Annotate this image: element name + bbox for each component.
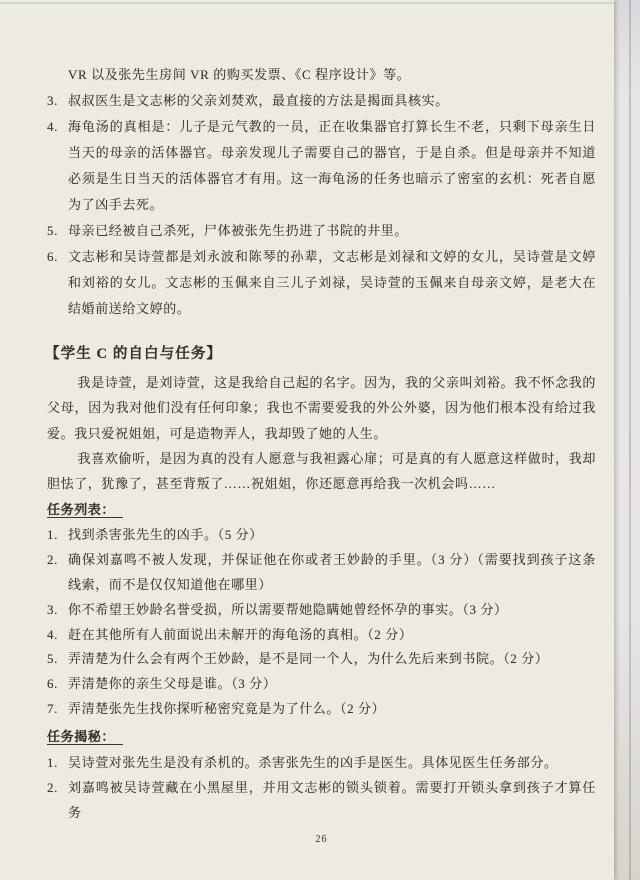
item-number: 4.	[47, 114, 68, 218]
scan-gutter	[614, 0, 640, 880]
item-text: 弄清楚为什么会有两个王妙龄，是不是同一个人，为什么先后来到书院。（2 分）	[68, 647, 596, 672]
task-item: 6. 弄清楚你的亲生父母是谁。（3 分）	[47, 672, 596, 697]
item-text: 母亲已经被自己杀死，尸体被张先生扔进了书院的井里。	[68, 218, 596, 244]
item-number: 2.	[47, 775, 68, 825]
reveal-item: 1. 吴诗萱对张先生是没有杀机的。杀害张先生的凶手是医生。具体见医生任务部分。	[47, 750, 596, 775]
task-item: 3. 你不希望王妙龄名誉受损，所以需要帮她隐瞒她曾经怀孕的事实。（3 分）	[47, 598, 596, 623]
item-number: 3.	[47, 88, 68, 114]
item-text: 赶在其他所有人前面说出未解开的海龟汤的真相。（2 分）	[68, 623, 596, 648]
item-number: 1.	[47, 523, 68, 548]
monologue-paragraph: 我是诗萱，是刘诗萱，这是我给自己起的名字。因为，我的父亲叫刘裕。我不怀念我的父母…	[47, 370, 596, 446]
item-number: 4.	[47, 623, 68, 648]
item-text: 叔叔医生是文志彬的父亲刘焚欢，最直接的方法是揭面具核实。	[68, 88, 596, 114]
item-text: 弄清楚张先生找你探听秘密究竟是为了什么。（2 分）	[68, 697, 596, 722]
page-number: 26	[47, 834, 596, 845]
task-reveal-header-label: 任务揭秘：	[47, 729, 123, 745]
scanned-page: VR 以及张先生房间 VR 的购买发票、《C 程序设计》等。 3. 叔叔医生是文…	[0, 0, 640, 880]
task-item: 7. 弄清楚张先生找你探听秘密究竟是为了什么。（2 分）	[47, 697, 596, 722]
item-number: 5.	[47, 647, 68, 672]
continuation-line: VR 以及张先生房间 VR 的购买发票、《C 程序设计》等。	[68, 62, 596, 88]
numbered-item: 6. 文志彬和吴诗萱都是刘永波和陈琴的孙辈，文志彬是刘禄和文婷的女儿，吴诗萱是文…	[47, 244, 596, 322]
item-text: 弄清楚你的亲生父母是谁。（3 分）	[68, 672, 596, 697]
item-number: 1.	[47, 750, 68, 775]
item-text: 海龟汤的真相是：儿子是元气教的一员，正在收集器官打算长生不老，只剩下母亲生日当天…	[68, 114, 596, 218]
task-list-header: 任务列表：	[47, 497, 596, 523]
item-text: 文志彬和吴诗萱都是刘永波和陈琴的孙辈，文志彬是刘禄和文婷的女儿，吴诗萱是文婷和刘…	[68, 244, 596, 322]
item-number: 7.	[47, 697, 68, 722]
section-title: 【学生 C 的自白与任务】	[45, 343, 596, 365]
item-text: 吴诗萱对张先生是没有杀机的。杀害张先生的凶手是医生。具体见医生任务部分。	[68, 750, 596, 775]
numbered-item: 3. 叔叔医生是文志彬的父亲刘焚欢，最直接的方法是揭面具核实。	[47, 88, 596, 114]
task-list-header-label: 任务列表：	[47, 502, 123, 518]
task-item: 4. 赶在其他所有人前面说出未解开的海龟汤的真相。（2 分）	[47, 623, 596, 648]
numbered-item: 5. 母亲已经被自己杀死，尸体被张先生扔进了书院的井里。	[47, 218, 596, 244]
item-text: 找到杀害张先生的凶手。（5 分）	[68, 523, 596, 548]
monologue-paragraph: 我喜欢偷听，是因为真的没有人愿意与我袒露心扉；可是真的有人愿意这样做时，我却胆怯…	[47, 446, 596, 497]
item-number: 3.	[47, 598, 68, 623]
paper-sheet: VR 以及张先生房间 VR 的购买发票、《C 程序设计》等。 3. 叔叔医生是文…	[0, 0, 614, 880]
task-reveal-header: 任务揭秘：	[47, 724, 596, 750]
task-item: 1. 找到杀害张先生的凶手。（5 分）	[47, 523, 596, 548]
task-item: 5. 弄清楚为什么会有两个王妙龄，是不是同一个人，为什么先后来到书院。（2 分）	[47, 647, 596, 672]
item-text: 你不希望王妙龄名誉受损，所以需要帮她隐瞒她曾经怀孕的事实。（3 分）	[68, 598, 596, 623]
reveal-item: 2. 刘嘉鸣被吴诗萱藏在小黑屋里，并用文志彬的锁头锁着。需要打开锁头拿到孩子才算…	[47, 775, 596, 825]
item-text: 刘嘉鸣被吴诗萱藏在小黑屋里，并用文志彬的锁头锁着。需要打开锁头拿到孩子才算任务	[68, 775, 596, 825]
task-item: 2. 确保刘嘉鸣不被人发现，并保证他在你或者王妙龄的手里。（3 分）（需要找到孩…	[47, 548, 596, 598]
page-edge-shadow	[629, 0, 631, 880]
numbered-item: 4. 海龟汤的真相是：儿子是元气教的一员，正在收集器官打算长生不老，只剩下母亲生…	[47, 114, 596, 218]
item-number: 5.	[47, 218, 68, 244]
item-number: 2.	[47, 548, 68, 598]
item-number: 6.	[47, 672, 68, 697]
item-text: 确保刘嘉鸣不被人发现，并保证他在你或者王妙龄的手里。（3 分）（需要找到孩子这条…	[68, 548, 596, 598]
page-content: VR 以及张先生房间 VR 的购买发票、《C 程序设计》等。 3. 叔叔医生是文…	[47, 62, 596, 845]
item-number: 6.	[47, 244, 68, 322]
